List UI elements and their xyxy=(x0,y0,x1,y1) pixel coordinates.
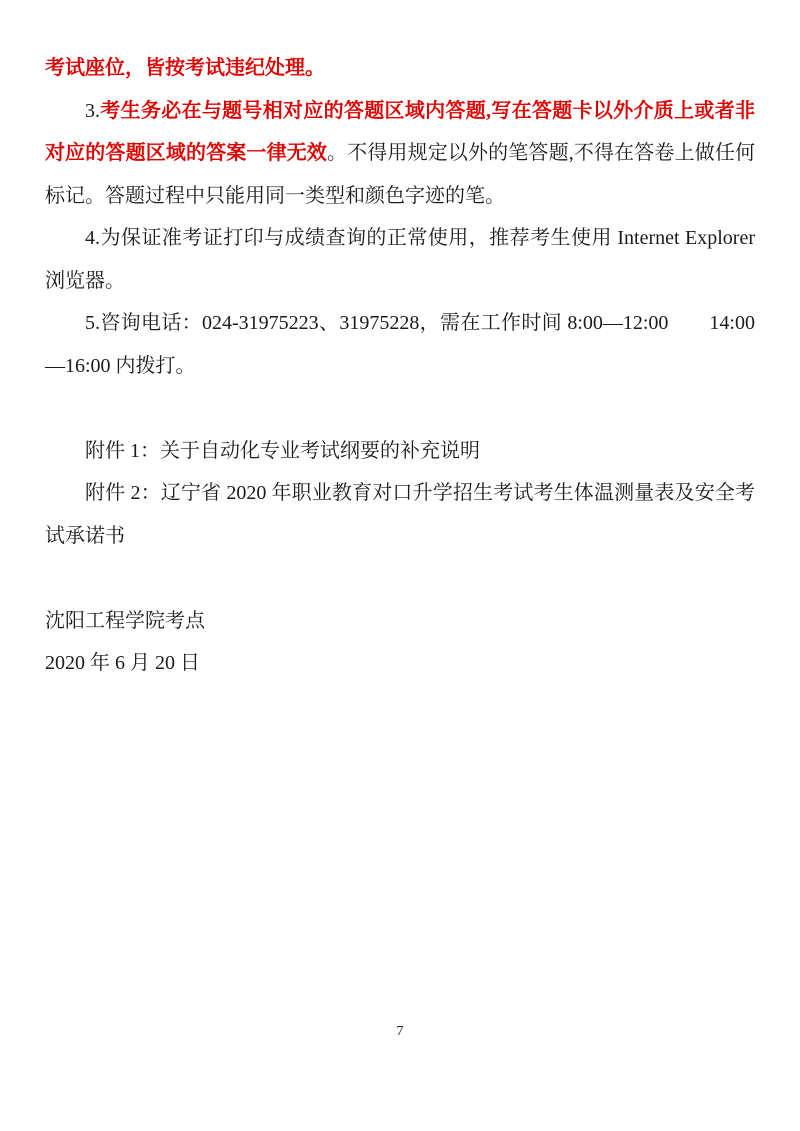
page-number: 7 xyxy=(0,1022,800,1042)
paragraph-item-4: 4.为保证准考证打印与成绩查询的正常使用，推荐考生使用 Internet Exp… xyxy=(45,217,755,302)
item-3-number: 3. xyxy=(85,100,100,122)
document-page: 考试座位，皆按考试违纪处理。 3.考生务必在与题号相对应的答题区域内答题,写在答… xyxy=(0,0,800,1131)
paragraph-red-continuation: 考试座位，皆按考试违纪处理。 xyxy=(45,47,755,90)
blank-line xyxy=(45,387,755,430)
blank-line xyxy=(45,557,755,600)
signature-date: 2020 年 6 月 20 日 xyxy=(45,642,755,685)
paragraph-item-3: 3.考生务必在与题号相对应的答题区域内答题,写在答题卡以外介质上或者非对应的答题… xyxy=(45,90,755,218)
attachment-2-line: 附件 2：辽宁省 2020 年职业教育对口升学招生考试考生体温测量表及安全考试承… xyxy=(45,472,755,557)
paragraph-item-5: 5.咨询电话：024-31975223、31975228，需在工作时间 8:00… xyxy=(45,302,755,387)
signature-organization: 沈阳工程学院考点 xyxy=(45,600,755,643)
attachment-1-line: 附件 1：关于自动化专业考试纲要的补充说明 xyxy=(45,430,755,473)
